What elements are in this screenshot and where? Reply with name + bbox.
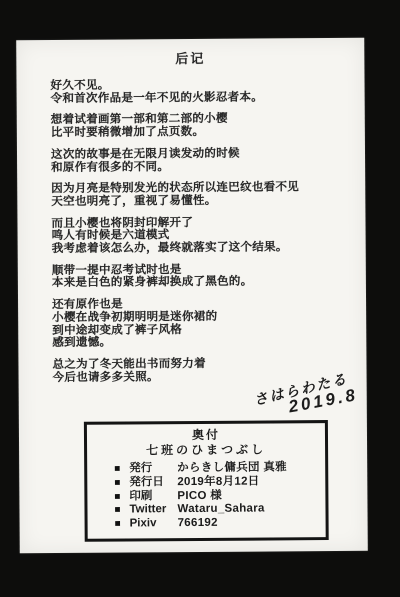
colophon-row-value: Wataru_Sahara — [177, 503, 264, 516]
square-bullet-icon: ■ — [114, 505, 129, 518]
afterword-line: 本来是白色的紧身裤却换成了黑色的。 — [52, 275, 356, 290]
colophon-row-label: 発行 — [129, 462, 177, 475]
afterword-paragraph: 想着试着画第一部和第二部的小樱比平时要稍微增加了点页数。 — [51, 112, 355, 140]
colophon-book-title: 七班のひまつぶし — [87, 443, 325, 458]
colophon-row: ■ 発行 からきし傭兵団 真雅 — [114, 461, 325, 476]
afterword-paragraph: 好久不见。令和首次作品是一年不见的火影忍者本。 — [50, 78, 354, 106]
colophon-box: 奥付 七班のひまつぶし ■ 発行 からきし傭兵団 真雅 ■ 発行日 2019年8… — [84, 420, 329, 542]
afterword-paragraphs: 好久不见。令和首次作品是一年不见的火影忍者本。 想着试着画第一部和第二部的小樱比… — [50, 78, 356, 393]
afterword-line: 感到遗憾。 — [52, 335, 356, 350]
colophon-row-label: 発行日 — [129, 476, 177, 489]
square-bullet-icon: ■ — [114, 491, 129, 504]
page-title: 后记 — [16, 47, 364, 68]
colophon-row-value: PICO 様 — [177, 489, 222, 502]
colophon-row-value: 766192 — [178, 517, 218, 530]
colophon-row-label: Pixiv — [130, 517, 178, 530]
colophon-row-value: からきし傭兵団 真雅 — [177, 461, 287, 475]
afterword-paragraph: 而且小樱也将阴封印解开了鸣人有时候是六道模式我考虑着该怎么办，最终就落实了这个结… — [51, 215, 355, 255]
afterword-paragraph: 还有原作也是小樱在战争初期明明是迷你裙的到中途却变成了裤子风格感到遗憾。 — [52, 297, 356, 350]
afterword-line: 令和首次作品是一年不见的火影忍者本。 — [51, 91, 355, 106]
afterword-line: 天空也明亮了，重视了易懂性。 — [51, 194, 355, 209]
afterword-paragraph: 这次的故事是在无限月读发动的时候和原作有很多的不同。 — [51, 147, 355, 175]
colophon-row: ■ Pixiv 766192 — [115, 516, 326, 531]
colophon-row: ■ 印刷 PICO 様 — [114, 489, 325, 504]
colophon-row-label: 印刷 — [129, 490, 177, 503]
square-bullet-icon: ■ — [115, 519, 130, 532]
afterword-line: 我考虑着该怎么办，最终就落实了这个结果。 — [52, 241, 356, 256]
colophon-heading: 奥付 — [87, 428, 325, 443]
colophon-rows: ■ 発行 からきし傭兵団 真雅 ■ 発行日 2019年8月12日 ■ 印刷 PI… — [114, 461, 325, 531]
colophon-row-value: 2019年8月12日 — [177, 475, 259, 488]
colophon-row: ■ 発行日 2019年8月12日 — [114, 475, 325, 490]
scan-background: 后记 好久不见。令和首次作品是一年不见的火影忍者本。 想着试着画第一部和第二部的… — [0, 0, 400, 597]
colophon-row: ■ Twitter Wataru_Sahara — [114, 502, 325, 517]
scanned-page: 后记 好久不见。令和首次作品是一年不见的火影忍者本。 想着试着画第一部和第二部的… — [16, 38, 368, 553]
square-bullet-icon: ■ — [114, 477, 129, 490]
square-bullet-icon: ■ — [114, 463, 129, 476]
afterword-paragraph: 顺带一提中忍考试时也是本来是白色的紧身裤却换成了黑色的。 — [52, 263, 356, 291]
afterword-line: 和原作有很多的不同。 — [51, 159, 355, 174]
colophon-row-label: Twitter — [129, 503, 177, 516]
afterword-paragraph: 因为月亮是特别发光的状态所以连巴纹也看不见天空也明亮了，重视了易懂性。 — [51, 181, 355, 209]
afterword-line: 比平时要稍微增加了点页数。 — [51, 125, 355, 140]
